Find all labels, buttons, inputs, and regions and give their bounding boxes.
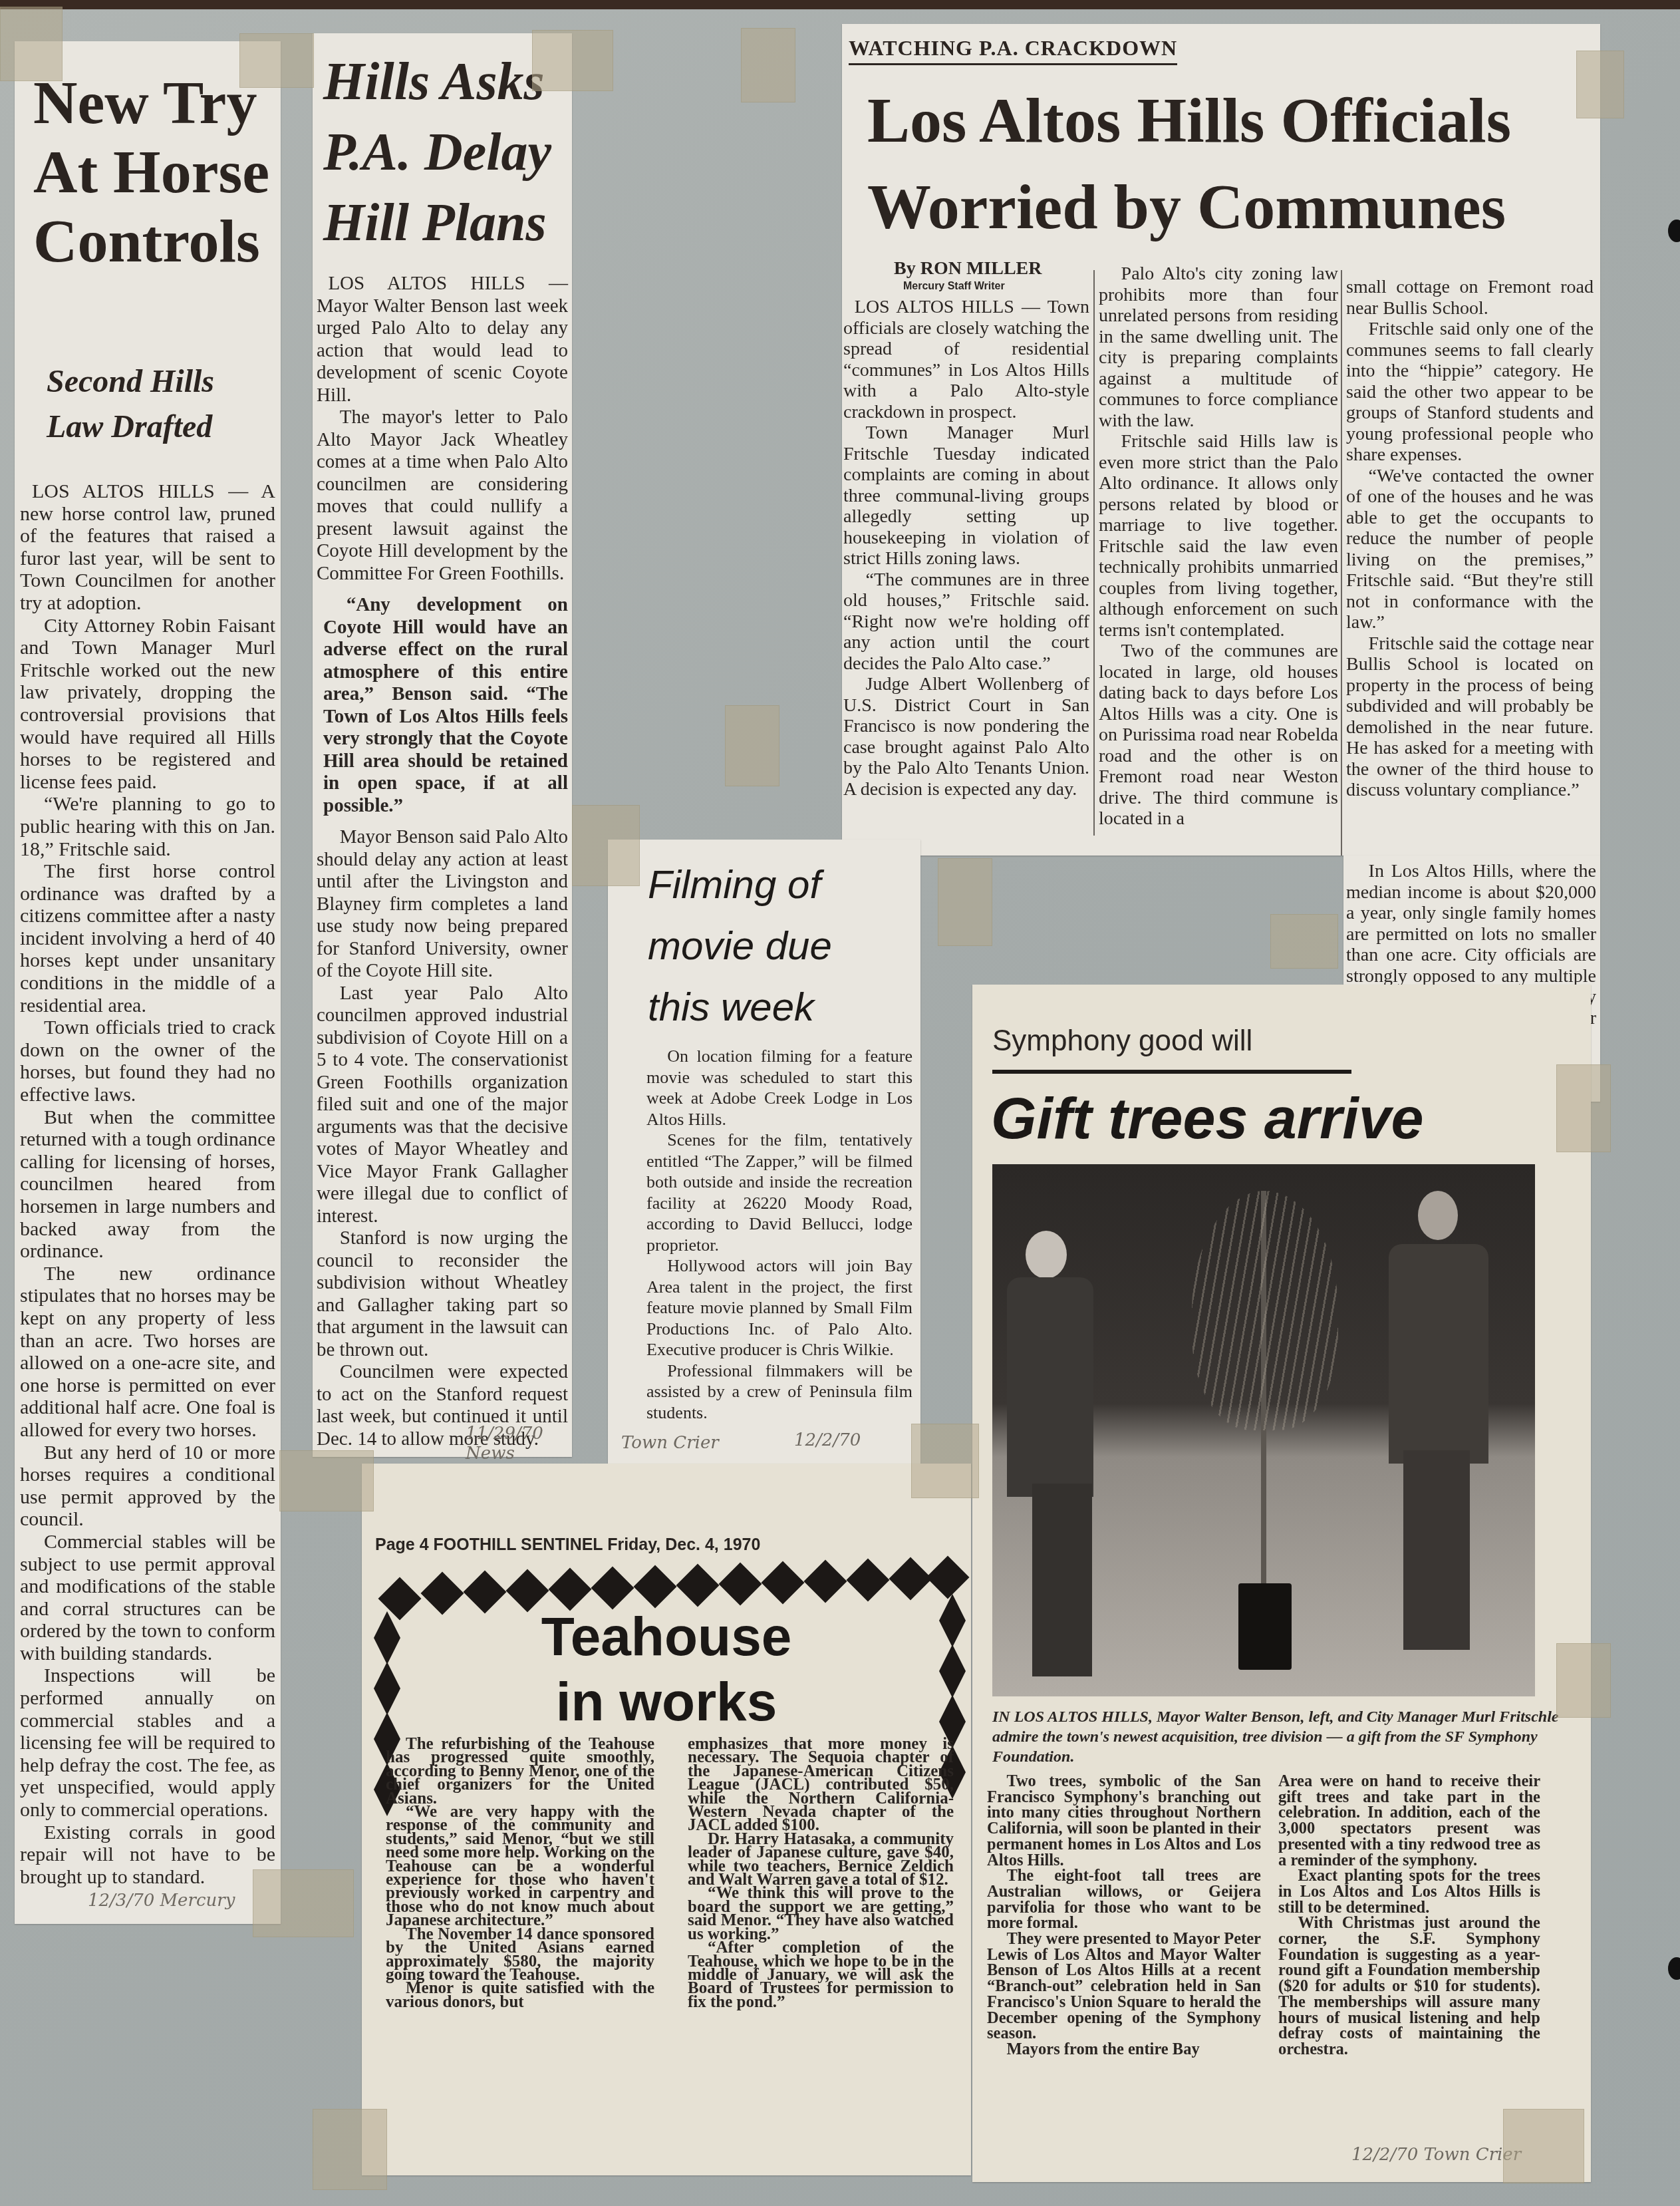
tape-strip (572, 805, 640, 886)
tape-strip (911, 1424, 979, 1498)
gift-trees-headline: Gift trees arrive (991, 1084, 1424, 1152)
horse-headline: New Try At Horse Controls (33, 68, 269, 275)
tape-strip (1576, 51, 1624, 118)
photo-figure-benson-body (1007, 1277, 1093, 1497)
communes-byline-title: Mercury Staff Writer (903, 281, 1005, 293)
gift-trees-photo (992, 1164, 1535, 1696)
gift-trees-col-2: Area were on hand to receive their gift … (1278, 1774, 1540, 2058)
gift-trees-kicker: Symphony good will (992, 1024, 1252, 1058)
tape-strip (313, 2109, 387, 2190)
tape-strip (725, 705, 779, 786)
clipping-gift-trees: Symphony good will Gift trees arrive IN … (972, 985, 1591, 2182)
teahouse-col-2: emphasizes that more money is necessary.… (688, 1738, 954, 2009)
horse-handwritten-note: 12/3/70 Mercury (88, 1891, 235, 1911)
communes-headline: Los Altos Hills Officials Worried by Com… (867, 77, 1511, 250)
photo-figure-benson-head (1026, 1231, 1067, 1279)
tape-strip (0, 7, 63, 81)
tape-strip (741, 28, 795, 102)
column-rule (1093, 270, 1095, 836)
photo-figure-fritschle-legs (1403, 1450, 1470, 1650)
teahouse-headline: Teahouse in works (362, 1605, 971, 1735)
communes-col-2: Palo Alto's city zoning law prohibits mo… (1099, 263, 1338, 830)
kicker-rule (992, 1070, 1351, 1074)
gift-trees-handwritten-note: 12/2/70 Town Crier (1351, 2145, 1521, 2165)
tape-strip (253, 1869, 354, 1937)
photo-figure-benson-legs (1032, 1484, 1092, 1676)
tape-strip (1270, 914, 1338, 969)
gift-trees-col-1: Two trees, symbolic of the San Francisco… (987, 1774, 1261, 2058)
photo-tree-leaves (1192, 1191, 1338, 1430)
teahouse-dateline: Page 4 FOOTHILL SENTINEL Friday, Dec. 4,… (375, 1535, 760, 1555)
clipping-hills-asks: Hills Asks P.A. Delay Hill Plans LOS ALT… (313, 33, 572, 1457)
hills-asks-handwritten-note: 11/29/70 News (466, 1424, 572, 1464)
filming-handwritten-source: Town Crier (621, 1433, 719, 1453)
communes-col-3: small cottage on Fremont road near Bulli… (1346, 277, 1594, 801)
clipping-teahouse: Page 4 FOOTHILL SENTINEL Friday, Dec. 4,… (362, 1464, 971, 2175)
communes-kicker: WATCHING P.A. CRACKDOWN (849, 36, 1177, 65)
clipping-filming: Filming of movie due this week On locati… (608, 840, 920, 1465)
tape-strip (1556, 1643, 1611, 1718)
photo-figure-fritschle-head (1418, 1191, 1458, 1240)
tape-strip (938, 858, 992, 946)
hills-asks-headline: Hills Asks P.A. Delay Hill Plans (323, 47, 551, 258)
tape-strip (1503, 2109, 1584, 2183)
photo-figure-fritschle-body (1389, 1244, 1488, 1464)
clipping-communes: WATCHING P.A. CRACKDOWN Los Altos Hills … (842, 24, 1600, 856)
communes-col-1: LOS ALTOS HILLS — Town officials are clo… (843, 297, 1089, 800)
benson-quote: “Any development on Coyote Hill would ha… (323, 594, 568, 817)
tape-strip (1556, 1064, 1611, 1152)
column-rule (1341, 270, 1342, 856)
horse-body: LOS ALTOS HILLS — A new horse control la… (20, 480, 275, 1888)
teahouse-col-1: The refurbishing of the Teahouse has pro… (386, 1738, 654, 2009)
filming-handwritten-date: 12/2/70 (794, 1430, 861, 1450)
communes-byline: By RON MILLER (894, 258, 1042, 279)
tape-strip (532, 30, 613, 91)
gift-trees-caption: IN LOS ALTOS HILLS, Mayor Walter Benson,… (992, 1707, 1571, 1767)
clipping-horse-controls: New Try At Horse Controls Second Hills L… (15, 41, 281, 1924)
filming-body: On location filming for a feature movie … (646, 1046, 912, 1423)
hills-asks-body: LOS ALTOS HILLS — Mayor Walter Benson la… (317, 273, 568, 1450)
tape-strip (279, 1450, 374, 1511)
horse-subhead: Second Hills Law Drafted (47, 359, 214, 450)
photo-tree-pot (1238, 1583, 1292, 1670)
filming-headline: Filming of movie due this week (648, 854, 832, 1038)
page-top-edge (0, 0, 1680, 9)
tape-strip (239, 33, 314, 88)
